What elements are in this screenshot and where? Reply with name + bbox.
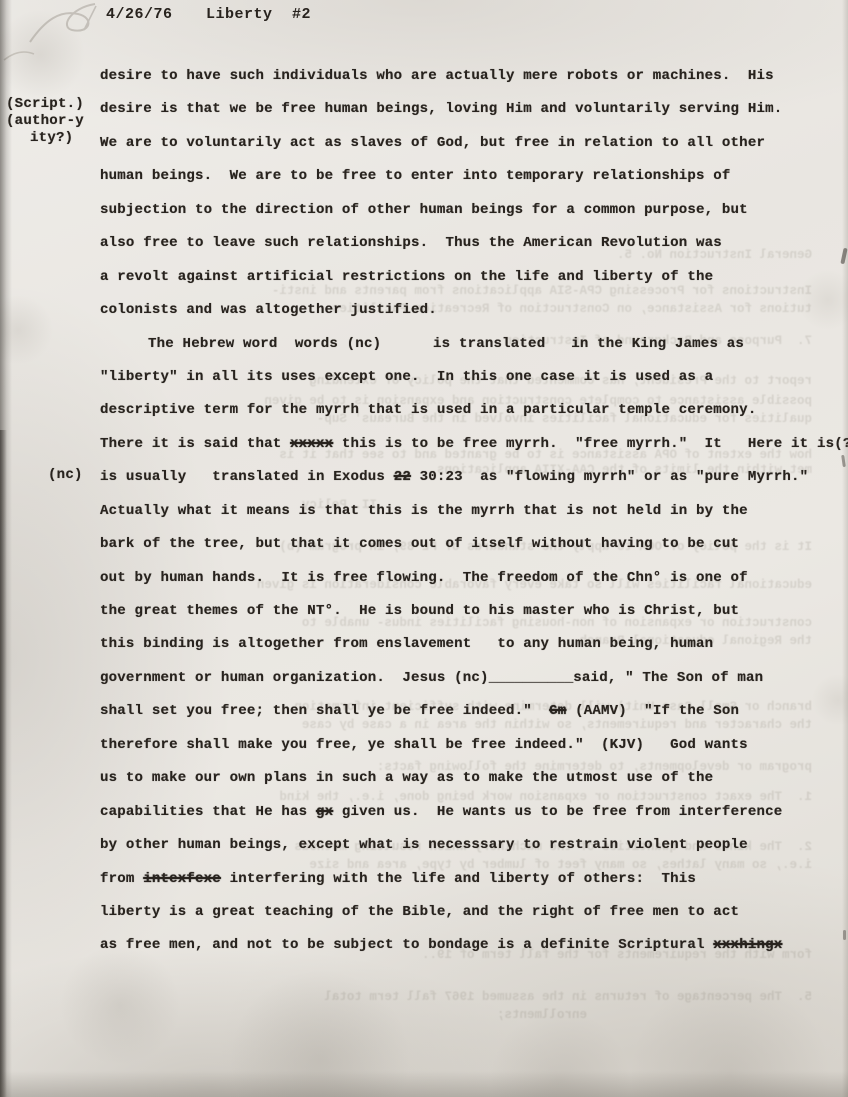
typed-line: liberty is a great teaching of the Bible…: [100, 896, 842, 929]
margin-note-authority: ity?): [30, 130, 73, 146]
margin-note-script: (Script.): [6, 96, 84, 112]
margin-note-nc: (nc): [48, 467, 83, 483]
typed-text: Actually what it means is that this is t…: [100, 503, 748, 519]
typed-line: a revolt against artificial restrictions…: [100, 261, 842, 294]
page-header: 4/26/76 Liberty #2: [0, 6, 848, 30]
struck-out-text: intexfexe: [143, 871, 221, 887]
typed-line: us to make our own plans in such a way a…: [100, 762, 842, 795]
typed-line: capabilities that He has gx given us. He…: [100, 796, 842, 829]
struck-out-text: xxxxx: [290, 436, 333, 452]
struck-out-text: Gm: [549, 703, 566, 719]
bleedthrough-text: 5. The percentage of returns in the assu…: [88, 990, 812, 1004]
typed-line: from intexfexe interfering with the life…: [100, 863, 842, 896]
paper-curl-mark: [843, 930, 846, 940]
struck-out-text: 22: [394, 469, 411, 485]
typed-text: a revolt against artificial restrictions…: [100, 269, 713, 285]
page-title: Liberty: [206, 6, 273, 23]
typed-line: government or human organization. Jesus …: [100, 662, 842, 695]
typed-line: colonists and was altogether justified.: [100, 294, 842, 327]
typed-line: The Hebrew word words (nc) is translated…: [100, 328, 842, 361]
typed-line: subjection to the direction of other hum…: [100, 194, 842, 227]
bleedthrough-text: enrollments;: [88, 1008, 812, 1022]
typed-text: colonists and was altogether justified.: [100, 302, 437, 318]
struck-out-text: xxxhingx: [713, 937, 782, 953]
typed-line: is usually translated in Exodus 22 30:23…: [100, 461, 842, 494]
struck-out-text: gx: [316, 804, 333, 820]
typed-text: liberty is a great teaching of the Bible…: [100, 904, 739, 920]
typed-line: by other human beings, except what is ne…: [100, 829, 842, 862]
typed-text: therefore shall make you free, ye shall …: [100, 737, 748, 753]
typed-line: therefore shall make you free, ye shall …: [100, 729, 842, 762]
typed-text: shall set you free; then shall ye be fre…: [100, 703, 549, 719]
typed-line: out by human hands. It is free flowing. …: [100, 562, 842, 595]
typed-line: this binding is altogether from enslavem…: [100, 628, 842, 661]
typed-text: government or human organization. Jesus …: [100, 670, 489, 686]
typewritten-text-body: desire to have such individuals who are …: [100, 60, 842, 963]
typed-text: given us. He wants us to be free from in…: [333, 804, 782, 820]
typed-line: There it is said that xxxxx this is to b…: [100, 428, 842, 461]
typed-text: is usually translated in Exodus: [100, 469, 394, 485]
typed-text: subjection to the direction of other hum…: [100, 202, 748, 218]
typed-text: human beings. We are to be free to enter…: [100, 168, 731, 184]
margin-note-author: (author-y: [6, 113, 84, 129]
typed-text: the great themes of the NT°. He is bound…: [100, 603, 739, 619]
typed-text: (AAMV) "If the Son: [566, 703, 739, 719]
typed-text: us to make our own plans in such a way a…: [100, 770, 713, 786]
typed-line: also free to leave such relationships. T…: [100, 227, 842, 260]
typed-text: The Hebrew word words (nc) is translated…: [148, 336, 744, 352]
typed-line: We are to voluntarily act as slaves of G…: [100, 127, 842, 160]
typed-text: 30:23 as "flowing myrrh" or as "pure Myr…: [411, 469, 808, 485]
typed-text: out by human hands. It is free flowing. …: [100, 570, 748, 586]
date-label: 4/26/76: [106, 6, 173, 23]
typed-line: bark of the tree, but that it comes out …: [100, 528, 842, 561]
typed-text: "liberty" in all its uses except one. In…: [100, 369, 713, 385]
typed-line: shall set you free; then shall ye be fre…: [100, 695, 842, 728]
typed-text: interfering with the life and liberty of…: [221, 871, 696, 887]
typed-line: as free men, and not to be subject to bo…: [100, 929, 842, 962]
scanned-document-page: General Instruction No. 5.Instructions f…: [0, 0, 848, 1097]
typed-line: the great themes of the NT°. He is bound…: [100, 595, 842, 628]
typed-line: desire to have such individuals who are …: [100, 60, 842, 93]
typed-text: bark of the tree, but that it comes out …: [100, 536, 739, 552]
typed-text: also free to leave such relationships. T…: [100, 235, 722, 251]
page-number-label: #2: [292, 6, 311, 23]
typed-line: "liberty" in all its uses except one. In…: [100, 361, 842, 394]
scan-edge-left-dark: [0, 430, 7, 1097]
underscore-blank: __________: [489, 670, 574, 686]
typed-text: We are to voluntarily act as slaves of G…: [100, 135, 765, 151]
scan-edge-bottom: [0, 1071, 848, 1097]
typed-text: said, " The Son of man: [573, 670, 763, 686]
typed-text: capabilities that He has: [100, 804, 316, 820]
typed-text: There it is said that: [100, 436, 290, 452]
typed-line: human beings. We are to be free to enter…: [100, 160, 842, 193]
typed-line: desire is that we be free human beings, …: [100, 93, 842, 126]
typed-text: this is to be free myrrh. "free myrrh." …: [333, 436, 848, 452]
typed-text: descriptive term for the myrrh that is u…: [100, 402, 756, 418]
typed-text: as free men, and not to be subject to bo…: [100, 937, 713, 953]
typed-text: this binding is altogether from enslavem…: [100, 636, 713, 652]
typed-text: by other human beings, except what is ne…: [100, 837, 748, 853]
typed-line: descriptive term for the myrrh that is u…: [100, 394, 842, 427]
typed-text: desire is that we be free human beings, …: [100, 101, 782, 117]
typed-line: Actually what it means is that this is t…: [100, 495, 842, 528]
typed-text: desire to have such individuals who are …: [100, 68, 774, 84]
typed-text: from: [100, 871, 143, 887]
